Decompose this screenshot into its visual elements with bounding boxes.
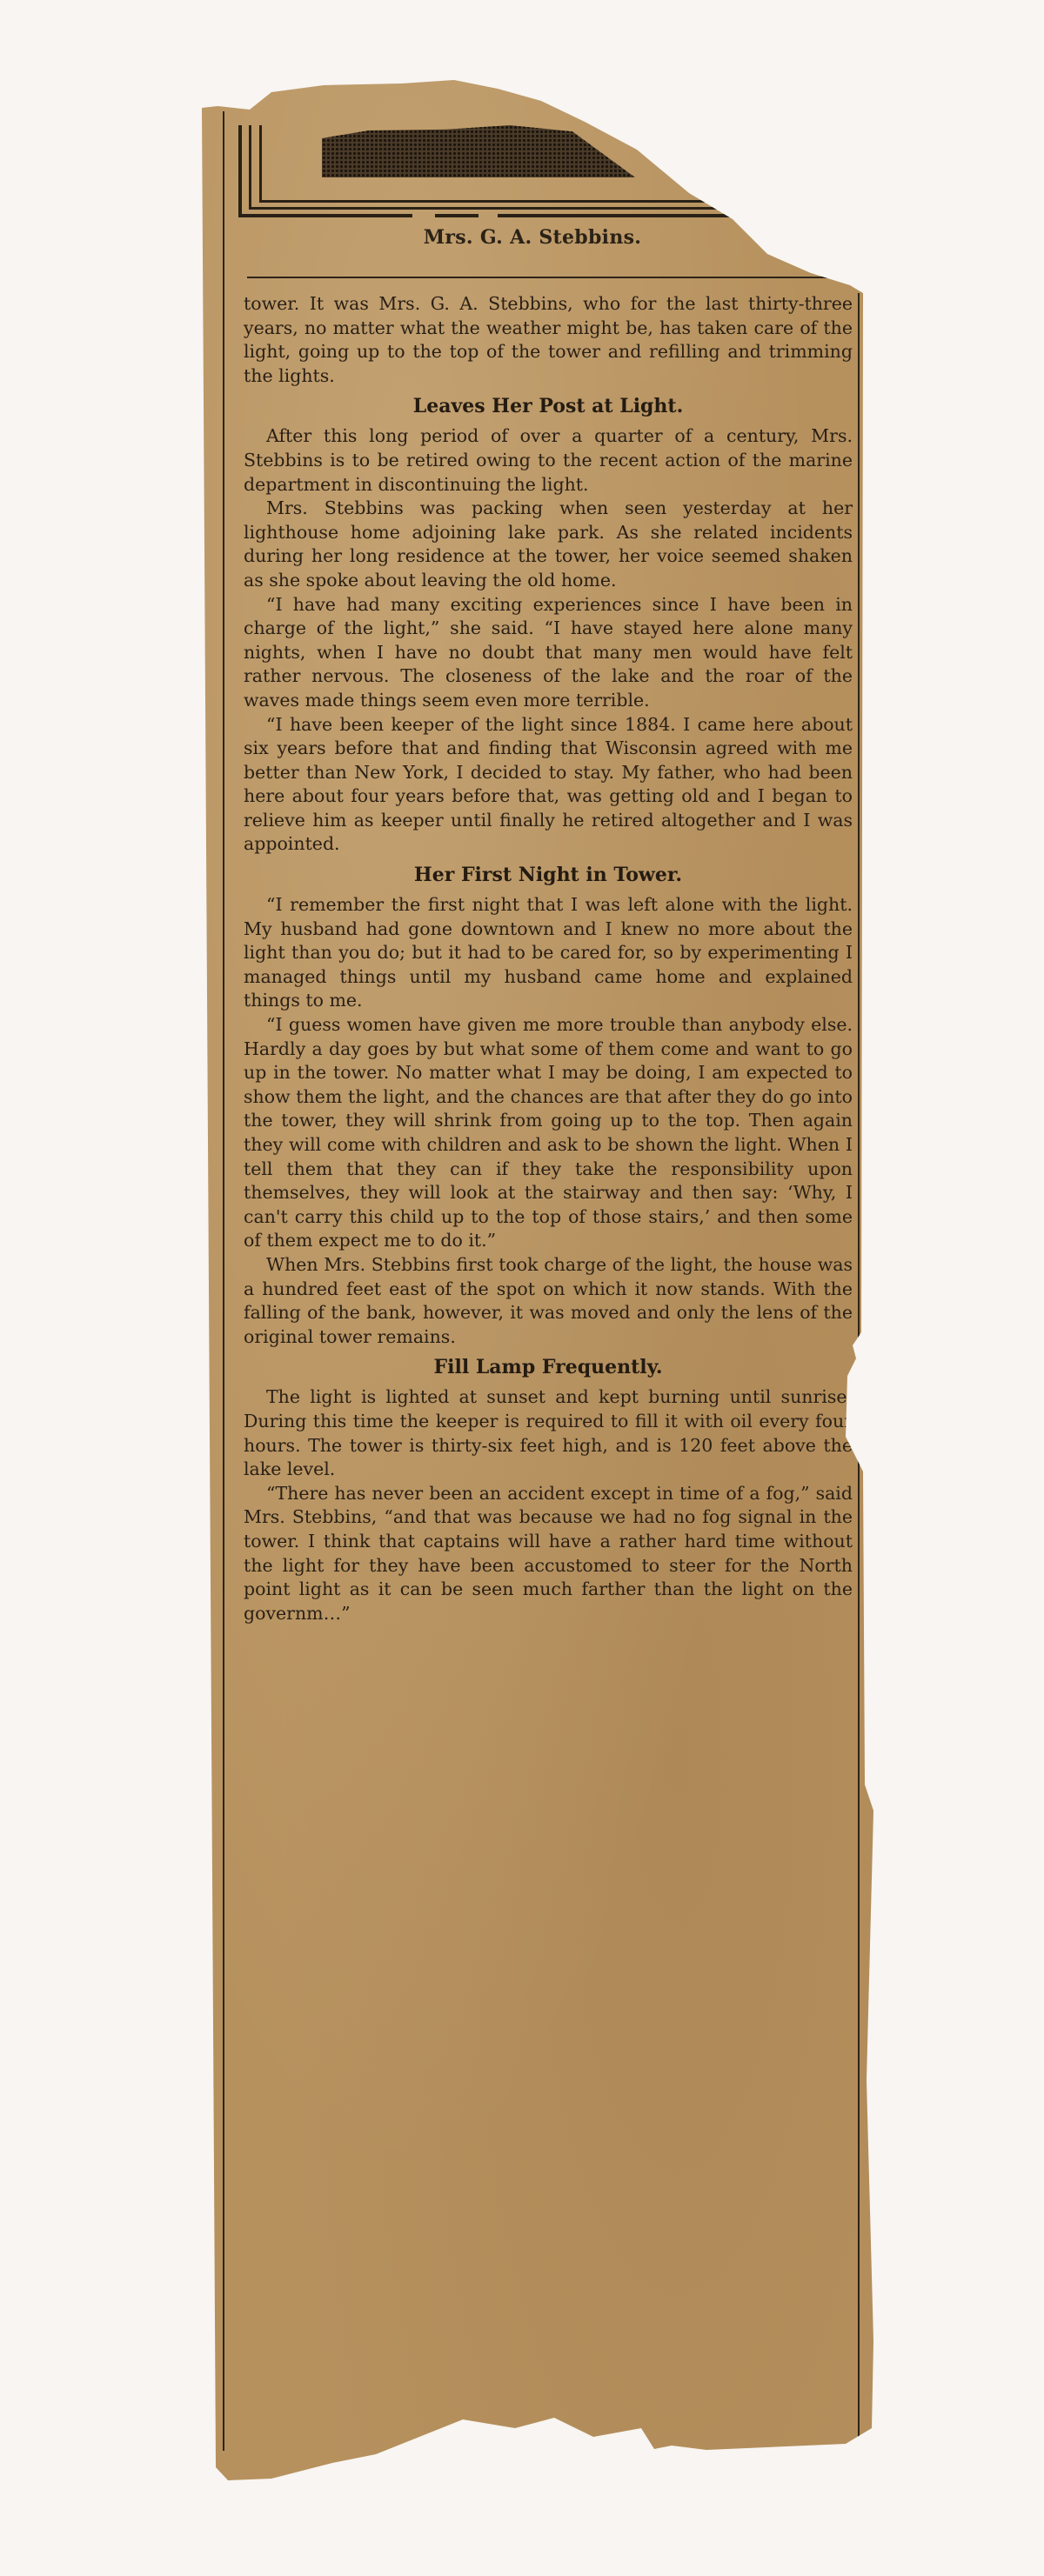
section-heading: Leaves Her Post at Light.	[244, 393, 853, 419]
section-heading: Fill Lamp Frequently.	[244, 1354, 853, 1380]
section-heading: Her First Night in Tower.	[244, 862, 853, 888]
halftone-photo-fragment	[322, 125, 635, 177]
article-paragraph: “There has never been an accident except…	[244, 1482, 853, 1626]
column-rule-left	[223, 111, 224, 2451]
frame-line	[498, 214, 785, 217]
frame-line	[259, 125, 262, 202]
frame-line	[238, 125, 242, 216]
photo-frame-remnant	[237, 108, 863, 212]
article-paragraph: “I have been keeper of the light since 1…	[244, 713, 853, 858]
article-paragraph: Mrs. Stebbins was packing when seen yest…	[244, 497, 853, 592]
photo-caption: Mrs. G. A. Stebbins.	[202, 226, 863, 249]
article-paragraph: “I remember the first night that I was l…	[244, 893, 853, 1013]
article-paragraph: When Mrs. Stebbins first took charge of …	[244, 1253, 853, 1349]
newspaper-clipping: Mrs. G. A. Stebbins. tower. It was Mrs. …	[202, 80, 882, 2480]
frame-line	[249, 207, 762, 210]
frame-line	[259, 200, 729, 203]
article-paragraph: tower. It was Mrs. G. A. Stebbins, who f…	[244, 292, 853, 388]
article-paragraph: “I have had many exciting experiences si…	[244, 593, 853, 713]
frame-line	[435, 214, 478, 217]
article-paragraph: After this long period of over a quarter…	[244, 424, 853, 497]
column-rule-right	[858, 293, 860, 2441]
frame-line	[249, 125, 251, 209]
article-paragraph: The light is lighted at sunset and kept …	[244, 1385, 853, 1481]
article-paragraph: “I guess women have given me more troubl…	[244, 1013, 853, 1253]
frame-line	[238, 214, 412, 217]
caption-rule	[247, 277, 847, 278]
article-body: tower. It was Mrs. G. A. Stebbins, who f…	[244, 292, 853, 1625]
